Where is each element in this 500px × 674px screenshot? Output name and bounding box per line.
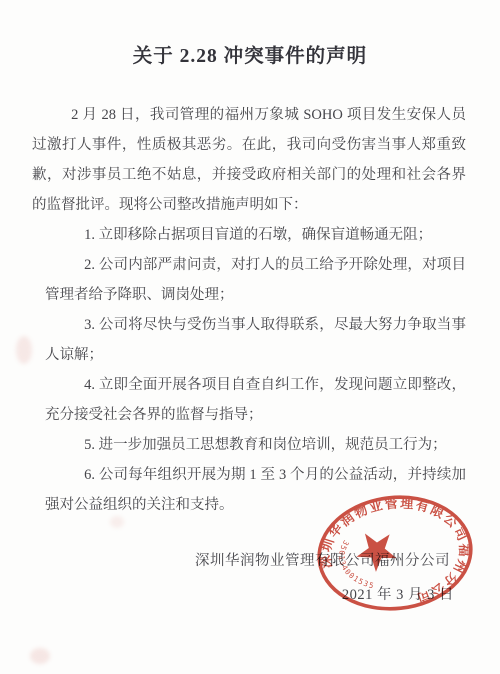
measure-item-5: 5. 进一步加强员工思想教育和岗位培训，规范员工行为； (45, 430, 466, 460)
document-body: 2 月 28 日，我司管理的福州万象城 SOHO 项目发生安保人员过激打人事件，… (32, 100, 466, 520)
measure-item-2: 2. 公司内部严肃问责，对打人的员工给予开除处理，对项目管理者给予降职、调岗处理… (45, 250, 466, 310)
signature-date: 2021 年 3 月 3 日 (342, 583, 454, 604)
scanned-statement-document: 关于 2.28 冲突事件的声明 2 月 28 日，我司管理的福州万象城 SOHO… (0, 0, 500, 674)
document-title: 关于 2.28 冲突事件的声明 (0, 40, 500, 68)
signature-company: 深圳华润物业管理有限公司福州分公司 (195, 549, 450, 570)
measure-item-4: 4. 立即全面开展各项目自查自纠工作，发现问题立即整改，充分接受社会各界的监督与… (45, 370, 466, 430)
measure-item-3: 3. 公司将尽快与受伤当事人取得联系，尽最大努力争取当事人谅解； (45, 310, 466, 370)
measure-item-6: 6. 公司每年组织开展为期 1 至 3 个月的公益活动，并持续加强对公益组织的关… (45, 460, 466, 520)
measure-item-1: 1. 立即移除占据项目盲道的石墩，确保盲道畅通无阻； (45, 220, 466, 250)
ink-smudge (16, 336, 32, 364)
opening-paragraph: 2 月 28 日，我司管理的福州万象城 SOHO 项目发生安保人员过激打人事件，… (32, 100, 466, 220)
ink-smudge (30, 648, 50, 664)
